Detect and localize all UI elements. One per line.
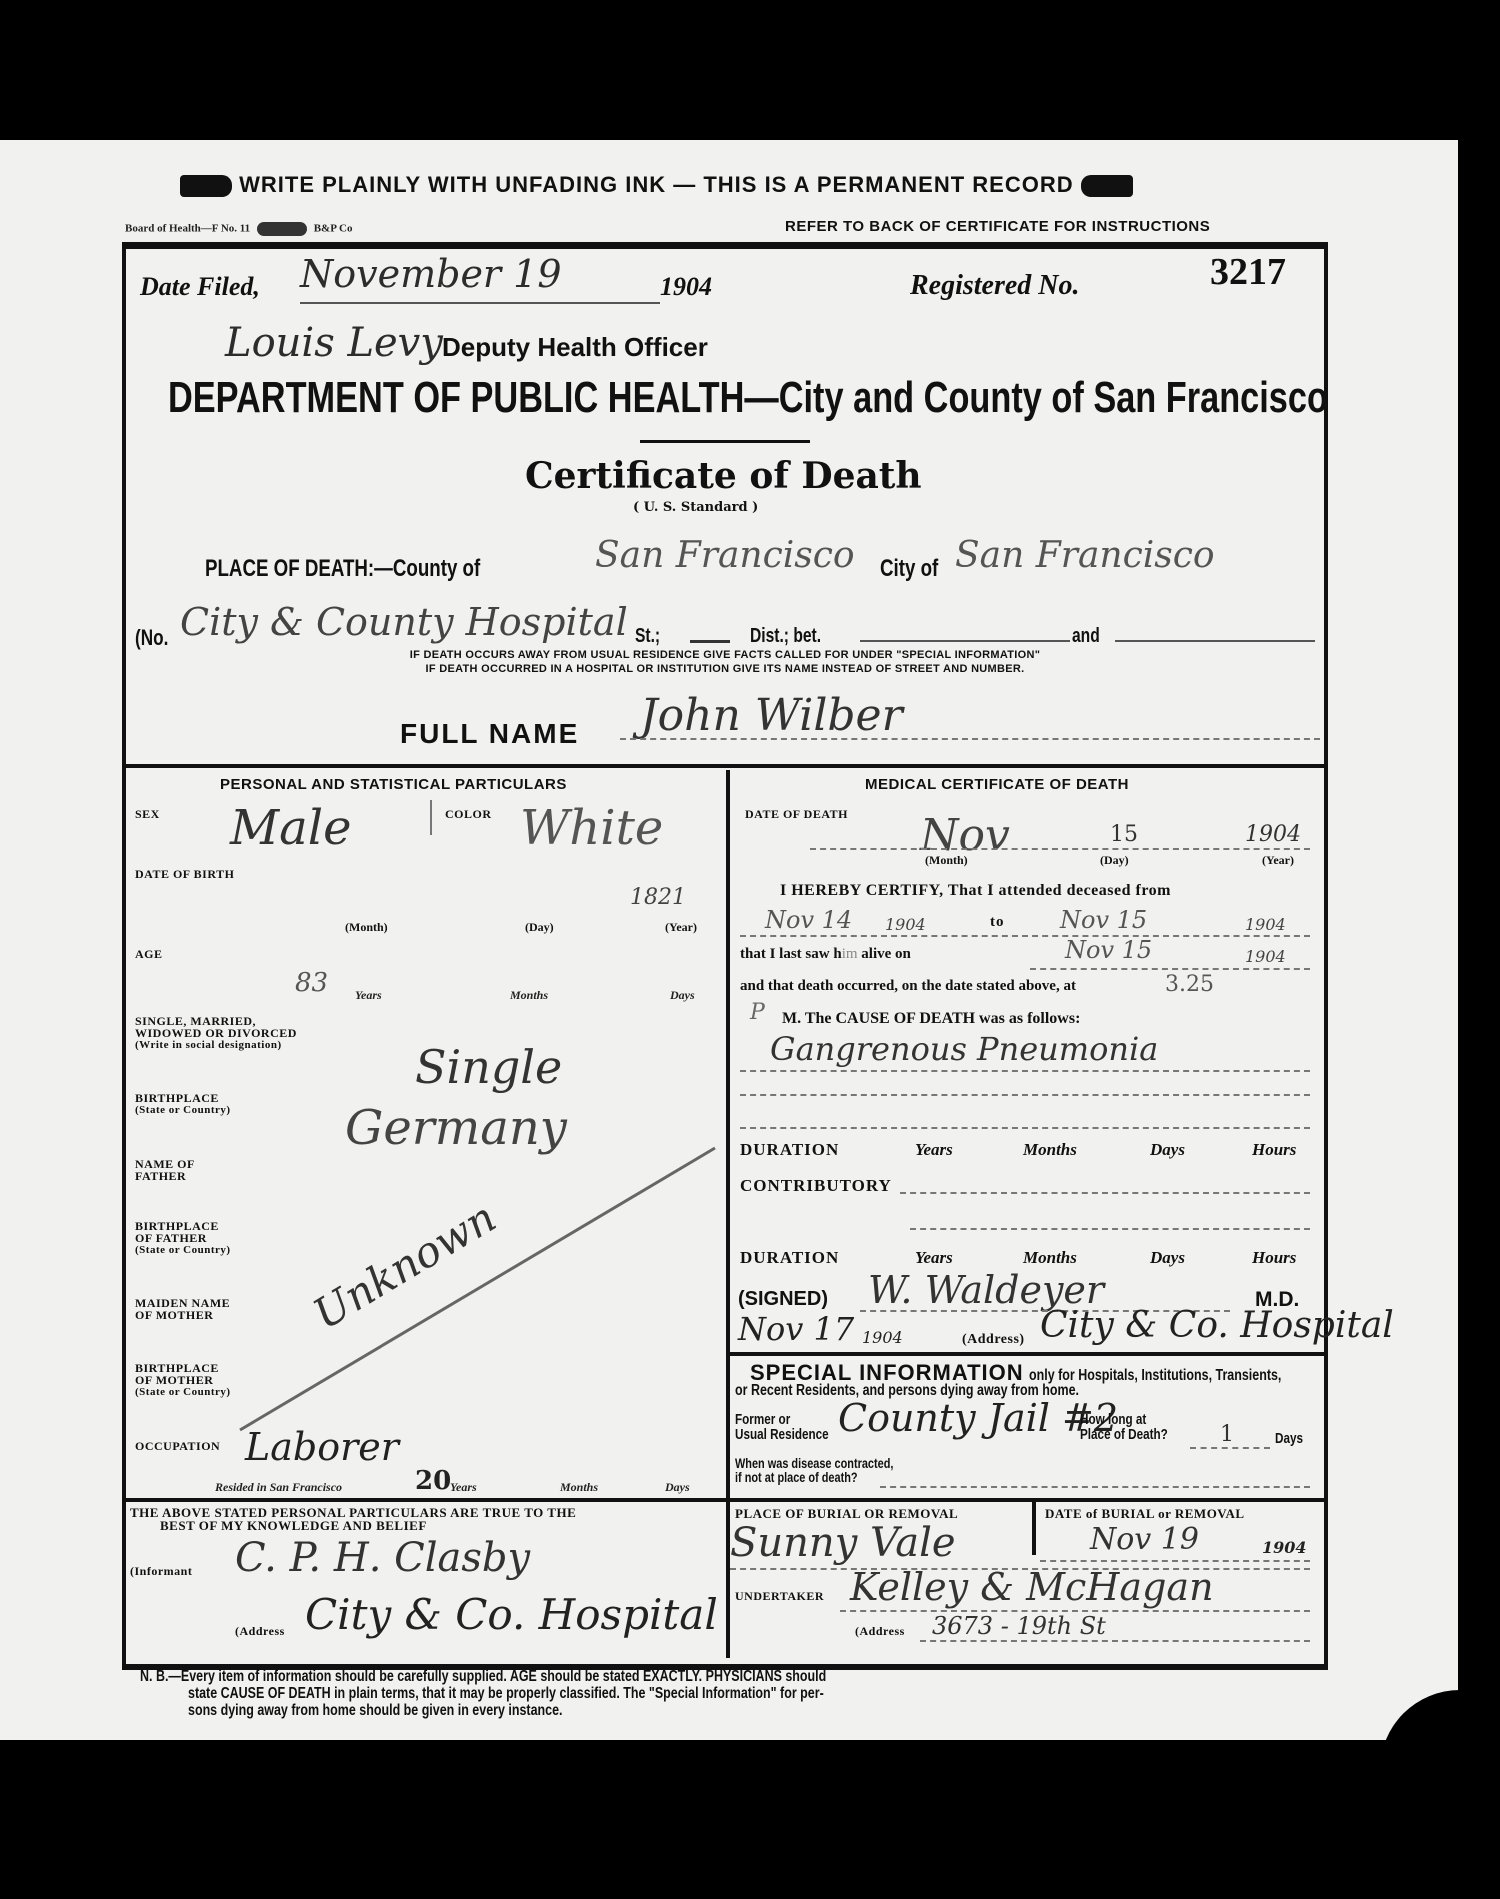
- undertaker-address-line: [920, 1640, 1310, 1642]
- duration-hours-1: Hours: [1252, 1140, 1296, 1160]
- cause-value: Gangrenous Pneumonia: [770, 1030, 1158, 1068]
- undertaker-value: Kelley & McHagan: [850, 1565, 1214, 1609]
- residence-label-2: Usual Residence: [735, 1427, 829, 1442]
- death-occurred-text: and that death occurred, on the date sta…: [740, 978, 1076, 995]
- duration-months-1: Months: [1023, 1140, 1077, 1160]
- burial-place-value: Sunny Vale: [730, 1520, 956, 1566]
- last-saw-year: 1904: [1245, 947, 1286, 966]
- duration-years-1: Years: [915, 1140, 953, 1160]
- contracted-line: [880, 1486, 1310, 1488]
- informant-address-label: (Address: [235, 1625, 285, 1637]
- how-long-days-label: Days: [1275, 1430, 1311, 1447]
- medical-address-label: (Address): [962, 1334, 1025, 1346]
- attended-from-value: Nov 14: [765, 906, 852, 934]
- how-long-value: 1: [1220, 1422, 1234, 1447]
- cause-line-3: [740, 1127, 1310, 1129]
- attended-from-year: 1904: [885, 915, 926, 934]
- dod-month-label: (Month): [925, 853, 968, 868]
- resided-months-label: Months: [560, 1480, 598, 1495]
- informant-label: (Informant: [130, 1565, 192, 1577]
- last-saw-pronoun: im: [842, 946, 858, 962]
- death-time-value: 3.25: [1165, 972, 1214, 997]
- resided-years-value: 20: [415, 1466, 451, 1496]
- cause-line-1: [740, 1070, 1310, 1072]
- resided-label: Resided in San Francisco: [215, 1480, 342, 1495]
- meridiem-value: P: [750, 1000, 765, 1025]
- last-saw-date: Nov 15: [1065, 936, 1152, 964]
- informant-statement: THE ABOVE STATED PERSONAL PARTICULARS AR…: [130, 1506, 576, 1532]
- footnote-line-2: state CAUSE OF DEATH in plain terms, tha…: [188, 1685, 824, 1702]
- duration-years-2: Years: [915, 1248, 953, 1268]
- attended-to-value: Nov 15: [1060, 906, 1147, 934]
- informant-statement-2: BEST OF MY KNOWLEDGE AND BELIEF: [130, 1519, 576, 1532]
- undertaker-address-value: 3673 - 19th St: [932, 1612, 1106, 1640]
- burial-place-label: PLACE OF BURIAL OR REMOVAL: [735, 1508, 958, 1520]
- footnote-line-3: sons dying away from home should be give…: [188, 1702, 562, 1719]
- contributory-label: CONTRIBUTORY: [740, 1176, 892, 1196]
- duration-label-2: DURATION: [740, 1248, 839, 1268]
- medical-address-value: City & Co. Hospital: [1040, 1305, 1394, 1346]
- burial-date-label: DATE of BURIAL or REMOVAL: [1045, 1508, 1245, 1520]
- contracted-label-1: When was disease contracted,: [735, 1456, 893, 1470]
- last-saw-prefix: that I last saw h: [740, 946, 842, 962]
- duration-days-2: Days: [1150, 1248, 1185, 1268]
- contracted-label: When was disease contracted, if not at p…: [735, 1456, 938, 1484]
- dod-label: DATE OF DEATH: [745, 808, 848, 820]
- burial-year-value: 1904: [1262, 1538, 1307, 1557]
- duration-months-2: Months: [1023, 1248, 1077, 1268]
- signed-year-value: 1904: [862, 1328, 903, 1347]
- last-saw-line: [1030, 968, 1310, 970]
- how-long-label-2: Place of Death?: [1080, 1427, 1168, 1442]
- burial-date-line: [1040, 1560, 1310, 1562]
- signed-date-value: Nov 17: [738, 1310, 854, 1348]
- residence-label-1: Former or: [735, 1412, 790, 1427]
- cause-line-2: [740, 1094, 1310, 1096]
- resided-days-label: Days: [665, 1480, 690, 1495]
- duration-label-1: DURATION: [740, 1140, 839, 1160]
- last-saw-text: that I last saw him alive on: [740, 946, 911, 963]
- informant-address-value: City & Co. Hospital: [305, 1590, 718, 1639]
- footnote-line-1: N. B.—Every item of information should b…: [140, 1668, 826, 1685]
- how-long-days-text: Days: [1275, 1430, 1303, 1447]
- informant-divider: [122, 1498, 728, 1502]
- alive-on-text: alive on: [861, 946, 911, 962]
- dod-day-label: (Day): [1100, 853, 1129, 868]
- contracted-label-2: if not at place of death?: [735, 1470, 858, 1484]
- dod-year-label: (Year): [1262, 853, 1294, 868]
- how-long-label: How long at Place of Death?: [1080, 1412, 1193, 1442]
- undertaker-label: UNDERTAKER: [735, 1590, 824, 1602]
- special-divider: [726, 1352, 1324, 1356]
- undertaker-address-label: (Address: [855, 1625, 905, 1637]
- contributory-line-2: [910, 1228, 1310, 1230]
- dod-year-value: 1904: [1245, 822, 1301, 847]
- how-long-line: [1190, 1447, 1270, 1449]
- footnote: N. B.—Every item of information should b…: [140, 1668, 1020, 1719]
- attended-line: [740, 935, 1310, 937]
- how-long-label-1: How long at: [1080, 1412, 1146, 1427]
- signed-label: (SIGNED): [738, 1288, 828, 1311]
- contributory-line-1: [900, 1192, 1310, 1194]
- duration-days-1: Days: [1150, 1140, 1185, 1160]
- attended-to-year: 1904: [1245, 915, 1286, 934]
- dod-line: [810, 848, 1310, 850]
- medical-section-title: MEDICAL CERTIFICATE OF DEATH: [865, 776, 1129, 793]
- burial-date-value: Nov 19: [1090, 1522, 1199, 1557]
- occupation-value: Laborer: [245, 1425, 399, 1469]
- dod-day-value: 15: [1110, 822, 1138, 847]
- resided-years-label: Years: [450, 1480, 477, 1495]
- residence-value: County Jail #2: [838, 1396, 1118, 1440]
- duration-hours-2: Hours: [1252, 1248, 1296, 1268]
- burial-divider: [726, 1498, 1324, 1502]
- burial-column-divider: [1032, 1500, 1036, 1555]
- occupation-label: OCCUPATION: [135, 1440, 220, 1452]
- informant-value: C. P. H. Clasby: [235, 1535, 530, 1581]
- cause-label: M. The CAUSE OF DEATH was as follows:: [782, 1010, 1080, 1028]
- to-label: to: [990, 914, 1005, 931]
- certify-text: I HEREBY CERTIFY, That I attended deceas…: [780, 882, 1171, 900]
